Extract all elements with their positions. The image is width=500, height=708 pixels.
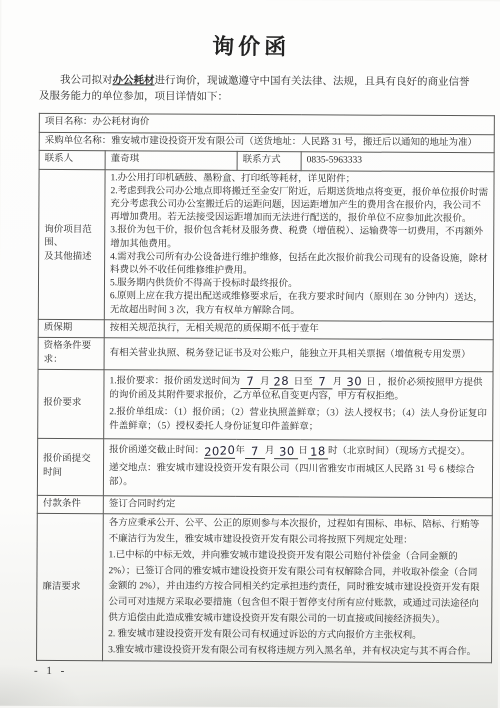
warranty-value-cell: 按相关规范执行，无相关规范的质保期不低于壹年 bbox=[104, 319, 493, 340]
contact-phone-cell: 0835-5963333 bbox=[301, 152, 494, 172]
scope-item: 6.原则上应在我方提出配送或维修要求后，在我方要求时间内（原则在 30 分钟内）… bbox=[110, 291, 488, 319]
qualification-label-cell: 资格条件要求： bbox=[38, 338, 104, 370]
contact-label-cell: 联系人 bbox=[39, 150, 105, 169]
document-title: 询价函 bbox=[1, 29, 500, 63]
scope-label-cell: 询价项目范围、 及其他描述 bbox=[38, 169, 105, 320]
quote-req-line2: 2.报价单组成：（1）报价函；（2）营业执照盖鲜章；（3）法人授权书；（4）法人… bbox=[109, 405, 487, 435]
submission-label-cell: 报价函提交时间 bbox=[37, 439, 103, 496]
scope-label-line1: 询价项目范围、 bbox=[44, 224, 99, 251]
payment-label-cell: 付款条件 bbox=[37, 495, 103, 514]
submission-text: 日 bbox=[298, 446, 308, 456]
quote-req-text: 月 bbox=[333, 378, 343, 388]
intro-prefix: 我公司拟对 bbox=[60, 75, 113, 86]
submission-deadline-line: 报价函递交截止时间：2020年7月30日18时（北京时间）（现场方式提交）。 bbox=[109, 443, 487, 459]
handwritten-hour-blank: 18 bbox=[308, 446, 328, 459]
page-number: - 1 - bbox=[34, 665, 498, 679]
payment-value-cell: 签订合同时约定 bbox=[103, 495, 492, 516]
scope-item: 4.需对我公司所有办公设备进行维护维修，包括在此次报价前我公司现有的设备设施，除… bbox=[110, 251, 488, 279]
warranty-label-cell: 质保期 bbox=[38, 319, 104, 338]
submission-text: 时（北京时间）（现场方式提交）。 bbox=[328, 447, 471, 458]
handwritten-month-blank: 7 bbox=[245, 446, 265, 459]
handwritten-month: 7 bbox=[246, 376, 254, 388]
integrity-paragraph: 各方应秉承公开、公平、公正的原则参与本次报价，过程如有围标、串标、陪标、行贿等不… bbox=[109, 516, 487, 550]
handwritten-day: 28 bbox=[274, 376, 290, 388]
row-quote-requirements: 报价要求 1.报价要求：报价函发送时间为7月28日至7月30日 ，报价必须按照甲… bbox=[38, 370, 493, 441]
integrity-label-cell: 廉洁要求 bbox=[37, 514, 104, 662]
handwritten-day-blank: 28 bbox=[270, 376, 294, 389]
quote-req-text: 月 bbox=[260, 377, 270, 387]
integrity-paragraph: 2. 雅安城市建设投资开发有限公司有权通过诉讼的方式向报价方主张权利。 bbox=[108, 627, 486, 645]
handwritten-month: 7 bbox=[251, 445, 259, 457]
scope-content-cell: 1.办公用打印机硒鼓、墨粉盒、打印纸等耗材，详见附件； 2.考虑到我公司办公地点… bbox=[104, 169, 494, 321]
handwritten-year: 2020 bbox=[204, 444, 235, 458]
handwritten-day-blank: 30 bbox=[274, 446, 298, 459]
row-contact: 联系人 董奇琪 联系方式 0835-5963333 bbox=[39, 150, 494, 171]
submission-text: 月 bbox=[265, 446, 275, 456]
contact-name-cell: 董奇琪 bbox=[105, 151, 237, 170]
quote-req-label-cell: 报价要求 bbox=[38, 370, 104, 439]
contact-method-label-cell: 联系方式 bbox=[237, 151, 301, 170]
qualification-value-cell: 有相关营业执照、税务登记证书及对公账户，能独立开具相关票据（增值税专用发票） bbox=[104, 338, 493, 372]
row-integrity: 廉洁要求 各方应秉承公开、公平、公正的原则参与本次报价，过程如有围标、串标、陪标… bbox=[37, 514, 493, 664]
handwritten-year-blank: 2020 bbox=[204, 445, 235, 458]
submission-text: 报价函递交截止时间： bbox=[109, 445, 204, 455]
scope-label-line2: 及其他描述 bbox=[44, 251, 99, 265]
scope-item: 3.报价为包干价，报价包含耗材及服务费、税费（增值税）、运输费等一切费用，不再额… bbox=[110, 225, 488, 253]
row-project-name: 项目名称：办公耗材询价 bbox=[39, 113, 494, 134]
handwritten-day: 30 bbox=[279, 445, 295, 457]
row-qualification: 资格条件要求： 有相关营业执照、税务登记证书及对公账户，能独立开具相关票据（增值… bbox=[38, 338, 493, 372]
row-scope: 询价项目范围、 及其他描述 1.办公用打印机硒鼓、墨粉盒、打印纸等耗材，详见附件… bbox=[38, 169, 494, 322]
handwritten-day-blank: 30 bbox=[342, 377, 366, 390]
intro-subject-underlined: 办公耗材 bbox=[113, 75, 155, 86]
submission-address-line: 递交地点：雅安城市建设投资开发有限公司（四川省雅安市雨城区人民路 31 号 6 … bbox=[109, 461, 487, 492]
integrity-content-cell: 各方应秉承公开、公平、公正的原则参与本次报价，过程如有围标、串标、陪标、行贿等不… bbox=[103, 514, 493, 663]
handwritten-day: 30 bbox=[346, 376, 362, 388]
row-warranty: 质保期 按相关规范执行，无相关规范的质保期不低于壹年 bbox=[38, 319, 493, 340]
row-payment: 付款条件 签订合同时约定 bbox=[37, 495, 492, 516]
row-submission-time: 报价函提交时间 报价函递交截止时间：2020年7月30日18时（北京时间）（现场… bbox=[37, 439, 492, 498]
quote-req-line1: 1.报价要求：报价函发送时间为7月28日至7月30日 ，报价必须按照甲方提供的询… bbox=[109, 375, 487, 405]
handwritten-month-blank: 7 bbox=[240, 376, 260, 389]
purchaser-cell: 采购单位名称：雅安城市建设投资开发有限公司（送货地址：人民路 31 号，搬迁后以… bbox=[39, 132, 494, 153]
handwritten-month: 7 bbox=[319, 376, 327, 388]
submission-text: 年 bbox=[235, 446, 245, 456]
quote-req-text: 1.报价要求：报价函发送时间为 bbox=[109, 377, 240, 388]
integrity-paragraph: 1.已中标的中标无效，并向雅安城市建设投资开发有限公司赔付补偿金（合同金额的 2… bbox=[108, 548, 486, 629]
handwritten-month-blank: 7 bbox=[313, 377, 333, 390]
quote-req-content-cell: 1.报价要求：报价函发送时间为7月28日至7月30日 ，报价必须按照甲方提供的询… bbox=[104, 370, 493, 441]
project-name-cell: 项目名称：办公耗材询价 bbox=[39, 113, 494, 134]
intro-paragraph: 我公司拟对办公耗材进行询价，现诚邀遵守中国有关法律、法规，且具有良好的商业信誉及… bbox=[39, 73, 471, 106]
integrity-paragraph: 3.雅安城市建设投资开发有限公司有权将违规方列入黑名单，并有权决定与其不再合作。 bbox=[108, 643, 486, 661]
row-purchaser: 采购单位名称：雅安城市建设投资开发有限公司（送货地址：人民路 31 号，搬迁后以… bbox=[39, 132, 494, 153]
scanned-document-sheet: 询价函 我公司拟对办公耗材进行询价，现诚邀遵守中国有关法律、法规，且具有良好的商… bbox=[0, 0, 500, 707]
handwritten-hour: 18 bbox=[310, 445, 326, 457]
scope-item: 2.考虑到我公司办公地点即将搬迁至金安厂附近，后期送货地点将变更，报价单位报价时… bbox=[110, 185, 488, 227]
quote-req-text: 日至 bbox=[294, 377, 313, 387]
inquiry-table: 项目名称：办公耗材询价 采购单位名称：雅安城市建设投资开发有限公司（送货地址：人… bbox=[36, 113, 495, 664]
submission-content-cell: 报价函递交截止时间：2020年7月30日18时（北京时间）（现场方式提交）。 递… bbox=[103, 439, 492, 498]
